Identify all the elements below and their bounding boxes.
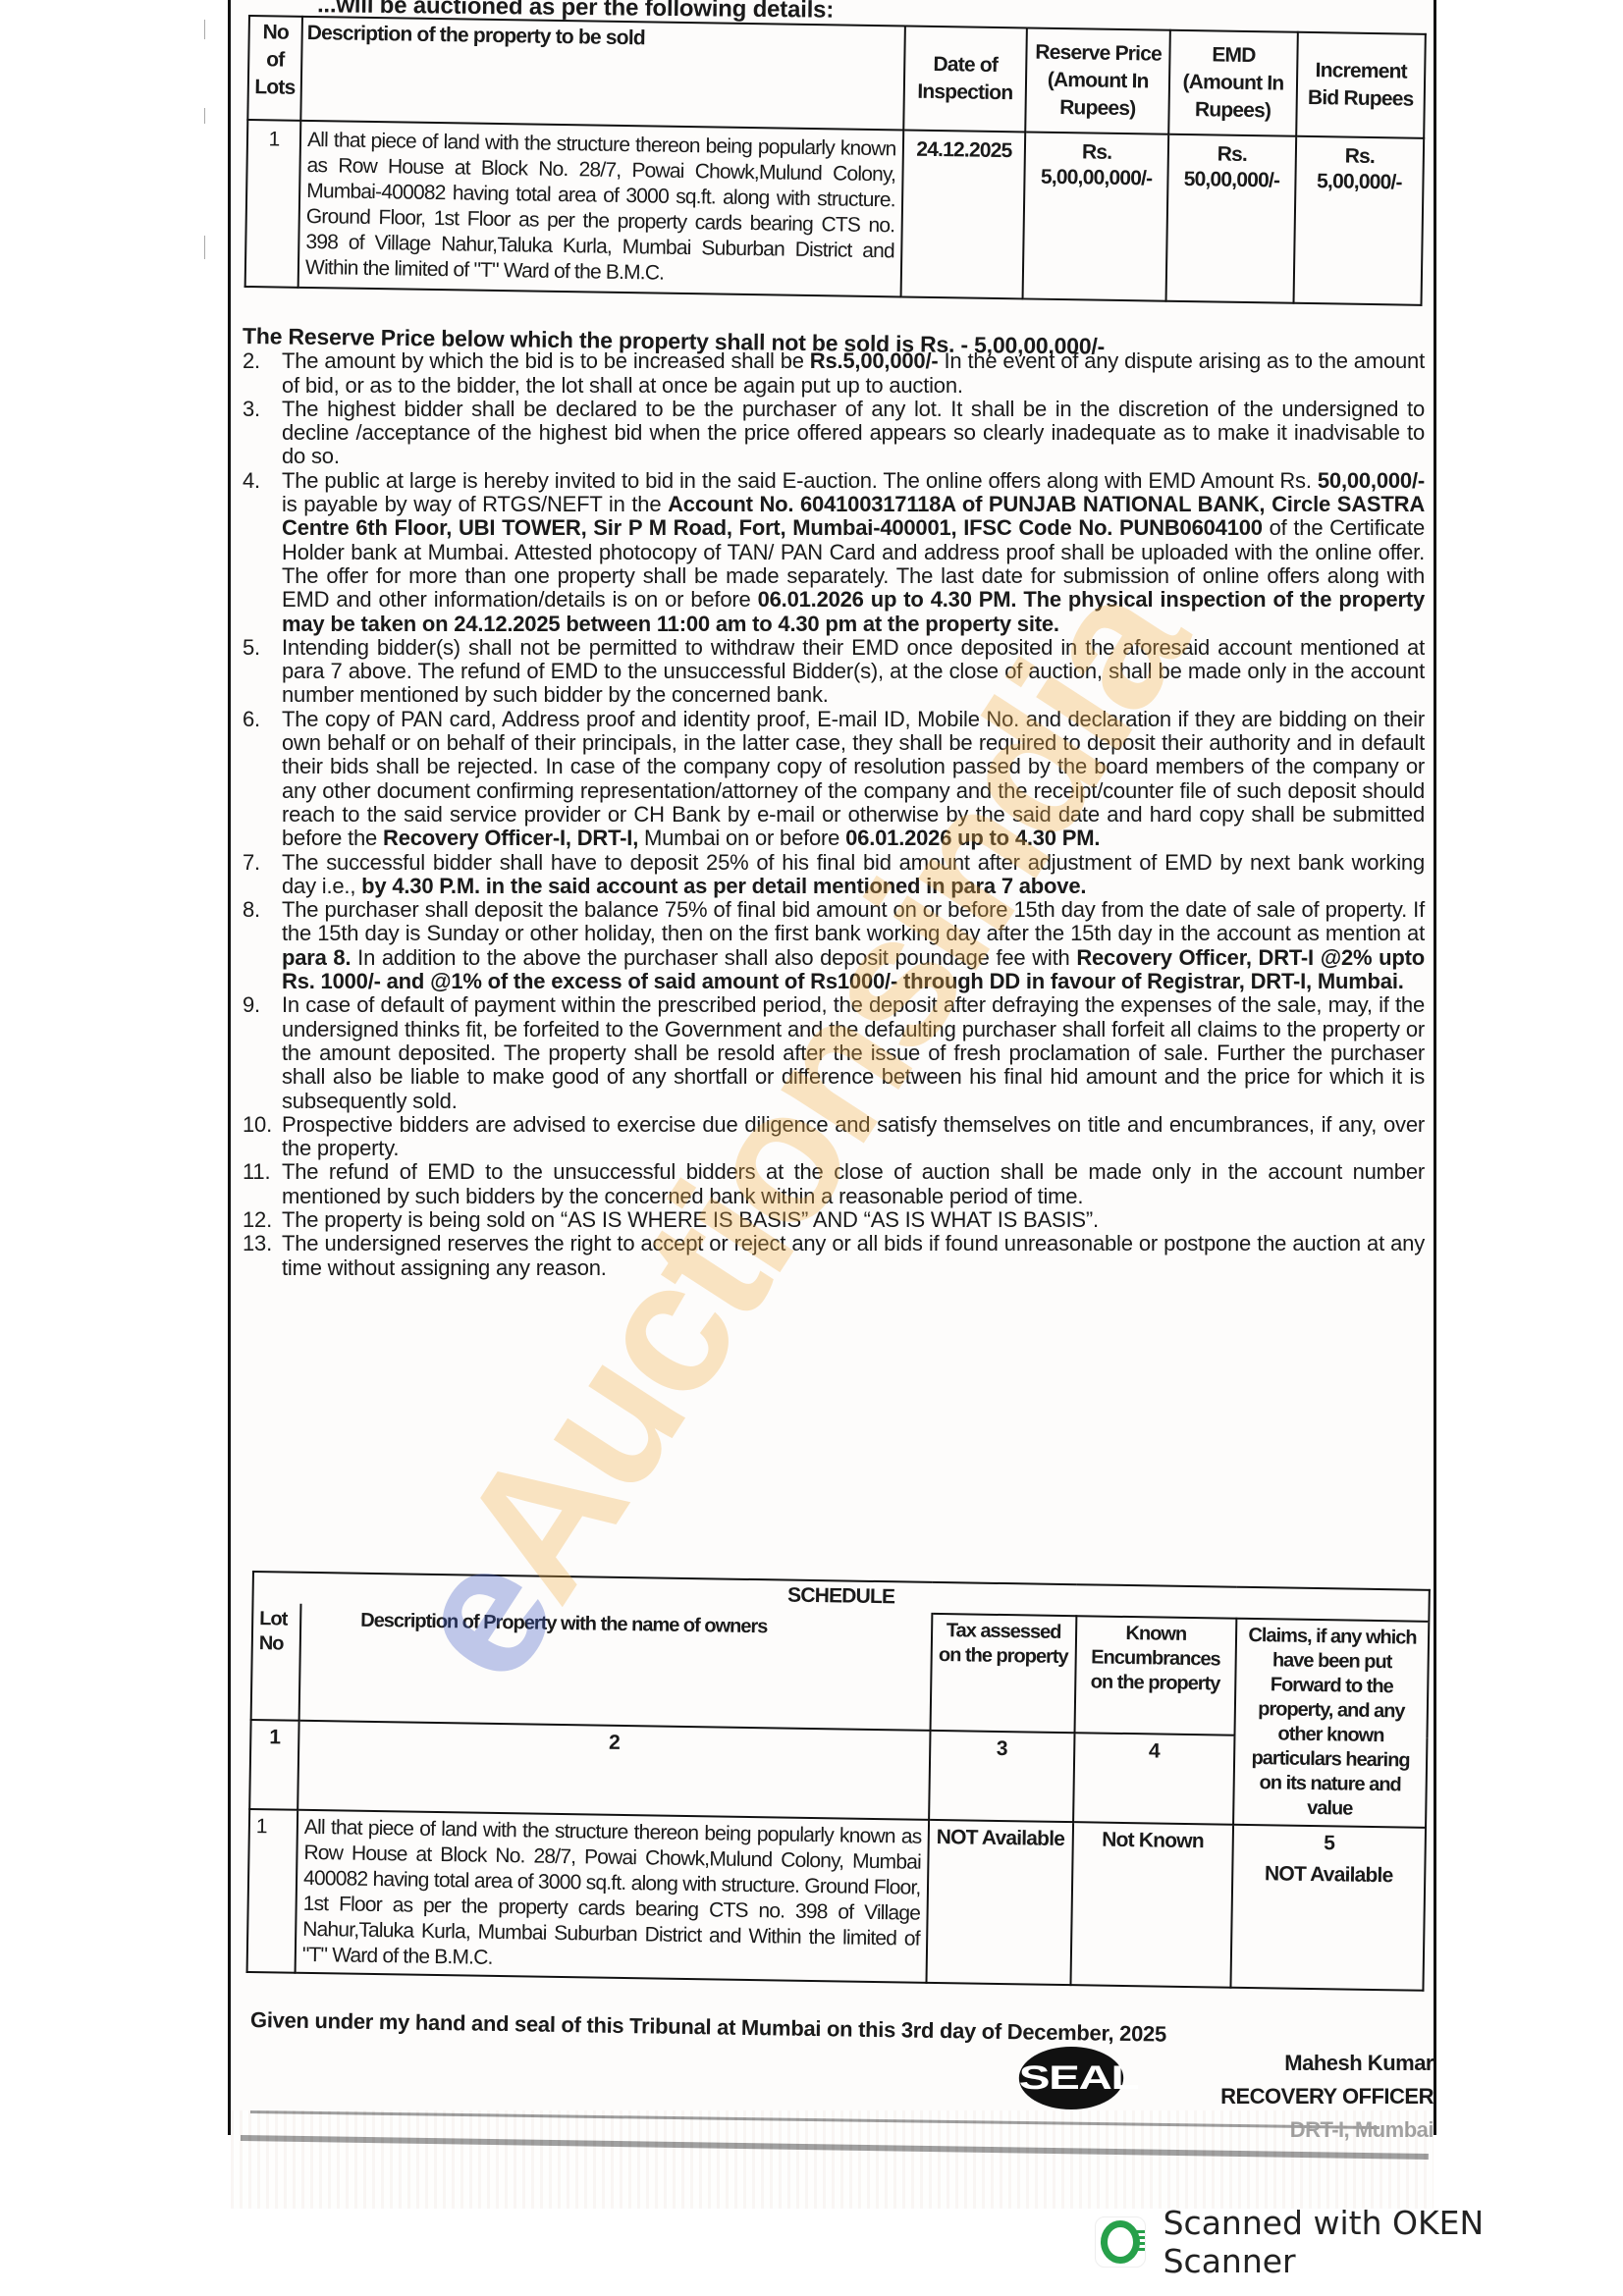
paragraph-text: The successful bidder shall have to depo…	[282, 851, 1429, 899]
column-number: 1	[249, 1720, 298, 1810]
term-paragraph: 5.Intending bidder(s) shall not be permi…	[241, 636, 1429, 708]
claims-value: NOT Available	[1239, 1861, 1418, 1890]
paragraph-number: 9.	[241, 993, 282, 1112]
scan-mark	[204, 108, 205, 124]
paragraph-text: The purchaser shall deposit the balance …	[282, 898, 1429, 993]
paragraph-text: The refund of EMD to the unsuccessful bi…	[282, 1160, 1429, 1208]
scan-mark	[204, 20, 205, 39]
schedule-header-row: Lot No Description of Property with the …	[251, 1603, 1430, 1738]
paragraph-number: 10.	[241, 1113, 282, 1161]
oken-scanner-icon	[1095, 2216, 1146, 2268]
paragraph-number: 11.	[241, 1160, 282, 1208]
scan-noise	[231, 2110, 1434, 2209]
paragraph-number: 6.	[241, 708, 282, 851]
paragraph-number: 2.	[241, 349, 282, 398]
seal-badge: SEAL	[1019, 2047, 1123, 2109]
encumbrances-cell: Not Known	[1070, 1822, 1233, 1988]
scanner-footer-text: Scanned with OKEN Scanner	[1163, 2204, 1623, 2280]
page-right-border	[1434, 0, 1436, 2135]
header-tax: Tax assessed on the property	[930, 1614, 1076, 1733]
table-row: 1 All that piece of land with the struct…	[245, 120, 1425, 305]
signatory-name: Mahesh Kumar	[1220, 2047, 1434, 2080]
signatory-designation: RECOVERY OFFICER	[1220, 2080, 1434, 2113]
paragraph-number: 13.	[241, 1232, 282, 1280]
page-left-border	[228, 0, 231, 2135]
header-date-of-inspection: Date of Inspection	[903, 27, 1027, 133]
schedule-section: SCHEDULE Lot No Description of Property …	[246, 1571, 1431, 1992]
column-number: 2	[298, 1721, 930, 1820]
tax-cell: NOT Available	[926, 1820, 1073, 1985]
term-paragraph: 13.The undersigned reserves the right to…	[241, 1232, 1429, 1280]
paragraph-number: 8.	[241, 898, 282, 993]
paragraph-text: Intending bidder(s) shall not be permitt…	[282, 636, 1429, 708]
term-paragraph: 8.The purchaser shall deposit the balanc…	[241, 898, 1429, 993]
paragraph-number: 7.	[241, 851, 282, 899]
header-lot-no: Lot No	[251, 1603, 301, 1721]
term-paragraph: 6.The copy of PAN card, Address proof an…	[241, 708, 1429, 851]
lots-table: No of Lots Description of the property t…	[244, 15, 1427, 306]
date-of-inspection-cell: 24.12.2025	[900, 130, 1025, 298]
header-emd: EMD (Amount In Rupees)	[1168, 30, 1298, 136]
paragraph-text: The public at large is hereby invited to…	[282, 469, 1429, 636]
claims-col-number: 5	[1240, 1830, 1419, 1858]
paragraph-number: 5.	[241, 636, 282, 708]
scan-mark	[204, 236, 205, 259]
schedule-table: SCHEDULE Lot No Description of Property …	[246, 1571, 1431, 1992]
paragraph-text: Prospective bidders are advised to exerc…	[282, 1113, 1429, 1161]
paragraph-text: The copy of PAN card, Address proof and …	[282, 708, 1429, 851]
increment-cell: Rs. 5,00,000/-	[1293, 136, 1424, 305]
emd-cell: Rs. 50,00,000/-	[1166, 134, 1297, 303]
scanner-footer: Scanned with OKEN Scanner	[1095, 2204, 1623, 2280]
paragraph-text: The undersigned reserves the right to ac…	[282, 1232, 1429, 1280]
paragraph-text: The property is being sold on “AS IS WHE…	[282, 1208, 1429, 1232]
term-paragraph: 7.The successful bidder shall have to de…	[241, 851, 1429, 899]
claims-cell: 5 NOT Available	[1230, 1825, 1426, 1991]
paragraph-number: 12.	[241, 1208, 282, 1232]
reserve-price-cell: Rs. 5,00,00,000/-	[1023, 132, 1168, 300]
header-lot-no: No of Lots	[247, 16, 302, 121]
column-number: 4	[1073, 1733, 1235, 1825]
terms-paragraphs: 2.The amount by which the bid is to be i…	[241, 349, 1429, 1280]
paragraph-number: 4.	[241, 469, 282, 636]
header-claims: Claims, if any which have been put Forwa…	[1233, 1619, 1429, 1828]
table-row: 1 All that piece of land with the struct…	[247, 1809, 1426, 1991]
term-paragraph: 12.The property is being sold on “AS IS …	[241, 1208, 1429, 1232]
header-reserve-price: Reserve Price (Amount In Rupees)	[1026, 27, 1170, 133]
term-paragraph: 11.The refund of EMD to the unsuccessful…	[241, 1160, 1429, 1208]
header-increment: Increment Bid Rupees	[1296, 32, 1426, 138]
header-description: Description of Property with the name of…	[299, 1604, 932, 1731]
term-paragraph: 9.In case of default of payment within t…	[241, 993, 1429, 1112]
term-paragraph: 10.Prospective bidders are advised to ex…	[241, 1113, 1429, 1161]
header-encumbrances: Known Encumbrances on the property	[1074, 1616, 1236, 1735]
header-description: Description of the property to be sold	[300, 17, 904, 131]
lot-no-cell: 1	[245, 120, 301, 288]
lots-table-header: No of Lots Description of the property t…	[247, 16, 1426, 138]
paragraph-text: In case of default of payment within the…	[282, 993, 1429, 1112]
term-paragraph: 3.The highest bidder shall be declared t…	[241, 398, 1429, 469]
paragraph-number: 3.	[241, 398, 282, 469]
lot-no-cell: 1	[247, 1809, 298, 1973]
description-cell: All that piece of land with the structur…	[296, 1810, 929, 1983]
terms-list: The Reserve Price below which the proper…	[241, 324, 1429, 1280]
column-number: 3	[929, 1731, 1074, 1822]
description-cell: All that piece of land with the structur…	[298, 121, 903, 297]
paragraph-text: The highest bidder shall be declared to …	[282, 398, 1429, 469]
term-paragraph: 4.The public at large is hereby invited …	[241, 469, 1429, 636]
